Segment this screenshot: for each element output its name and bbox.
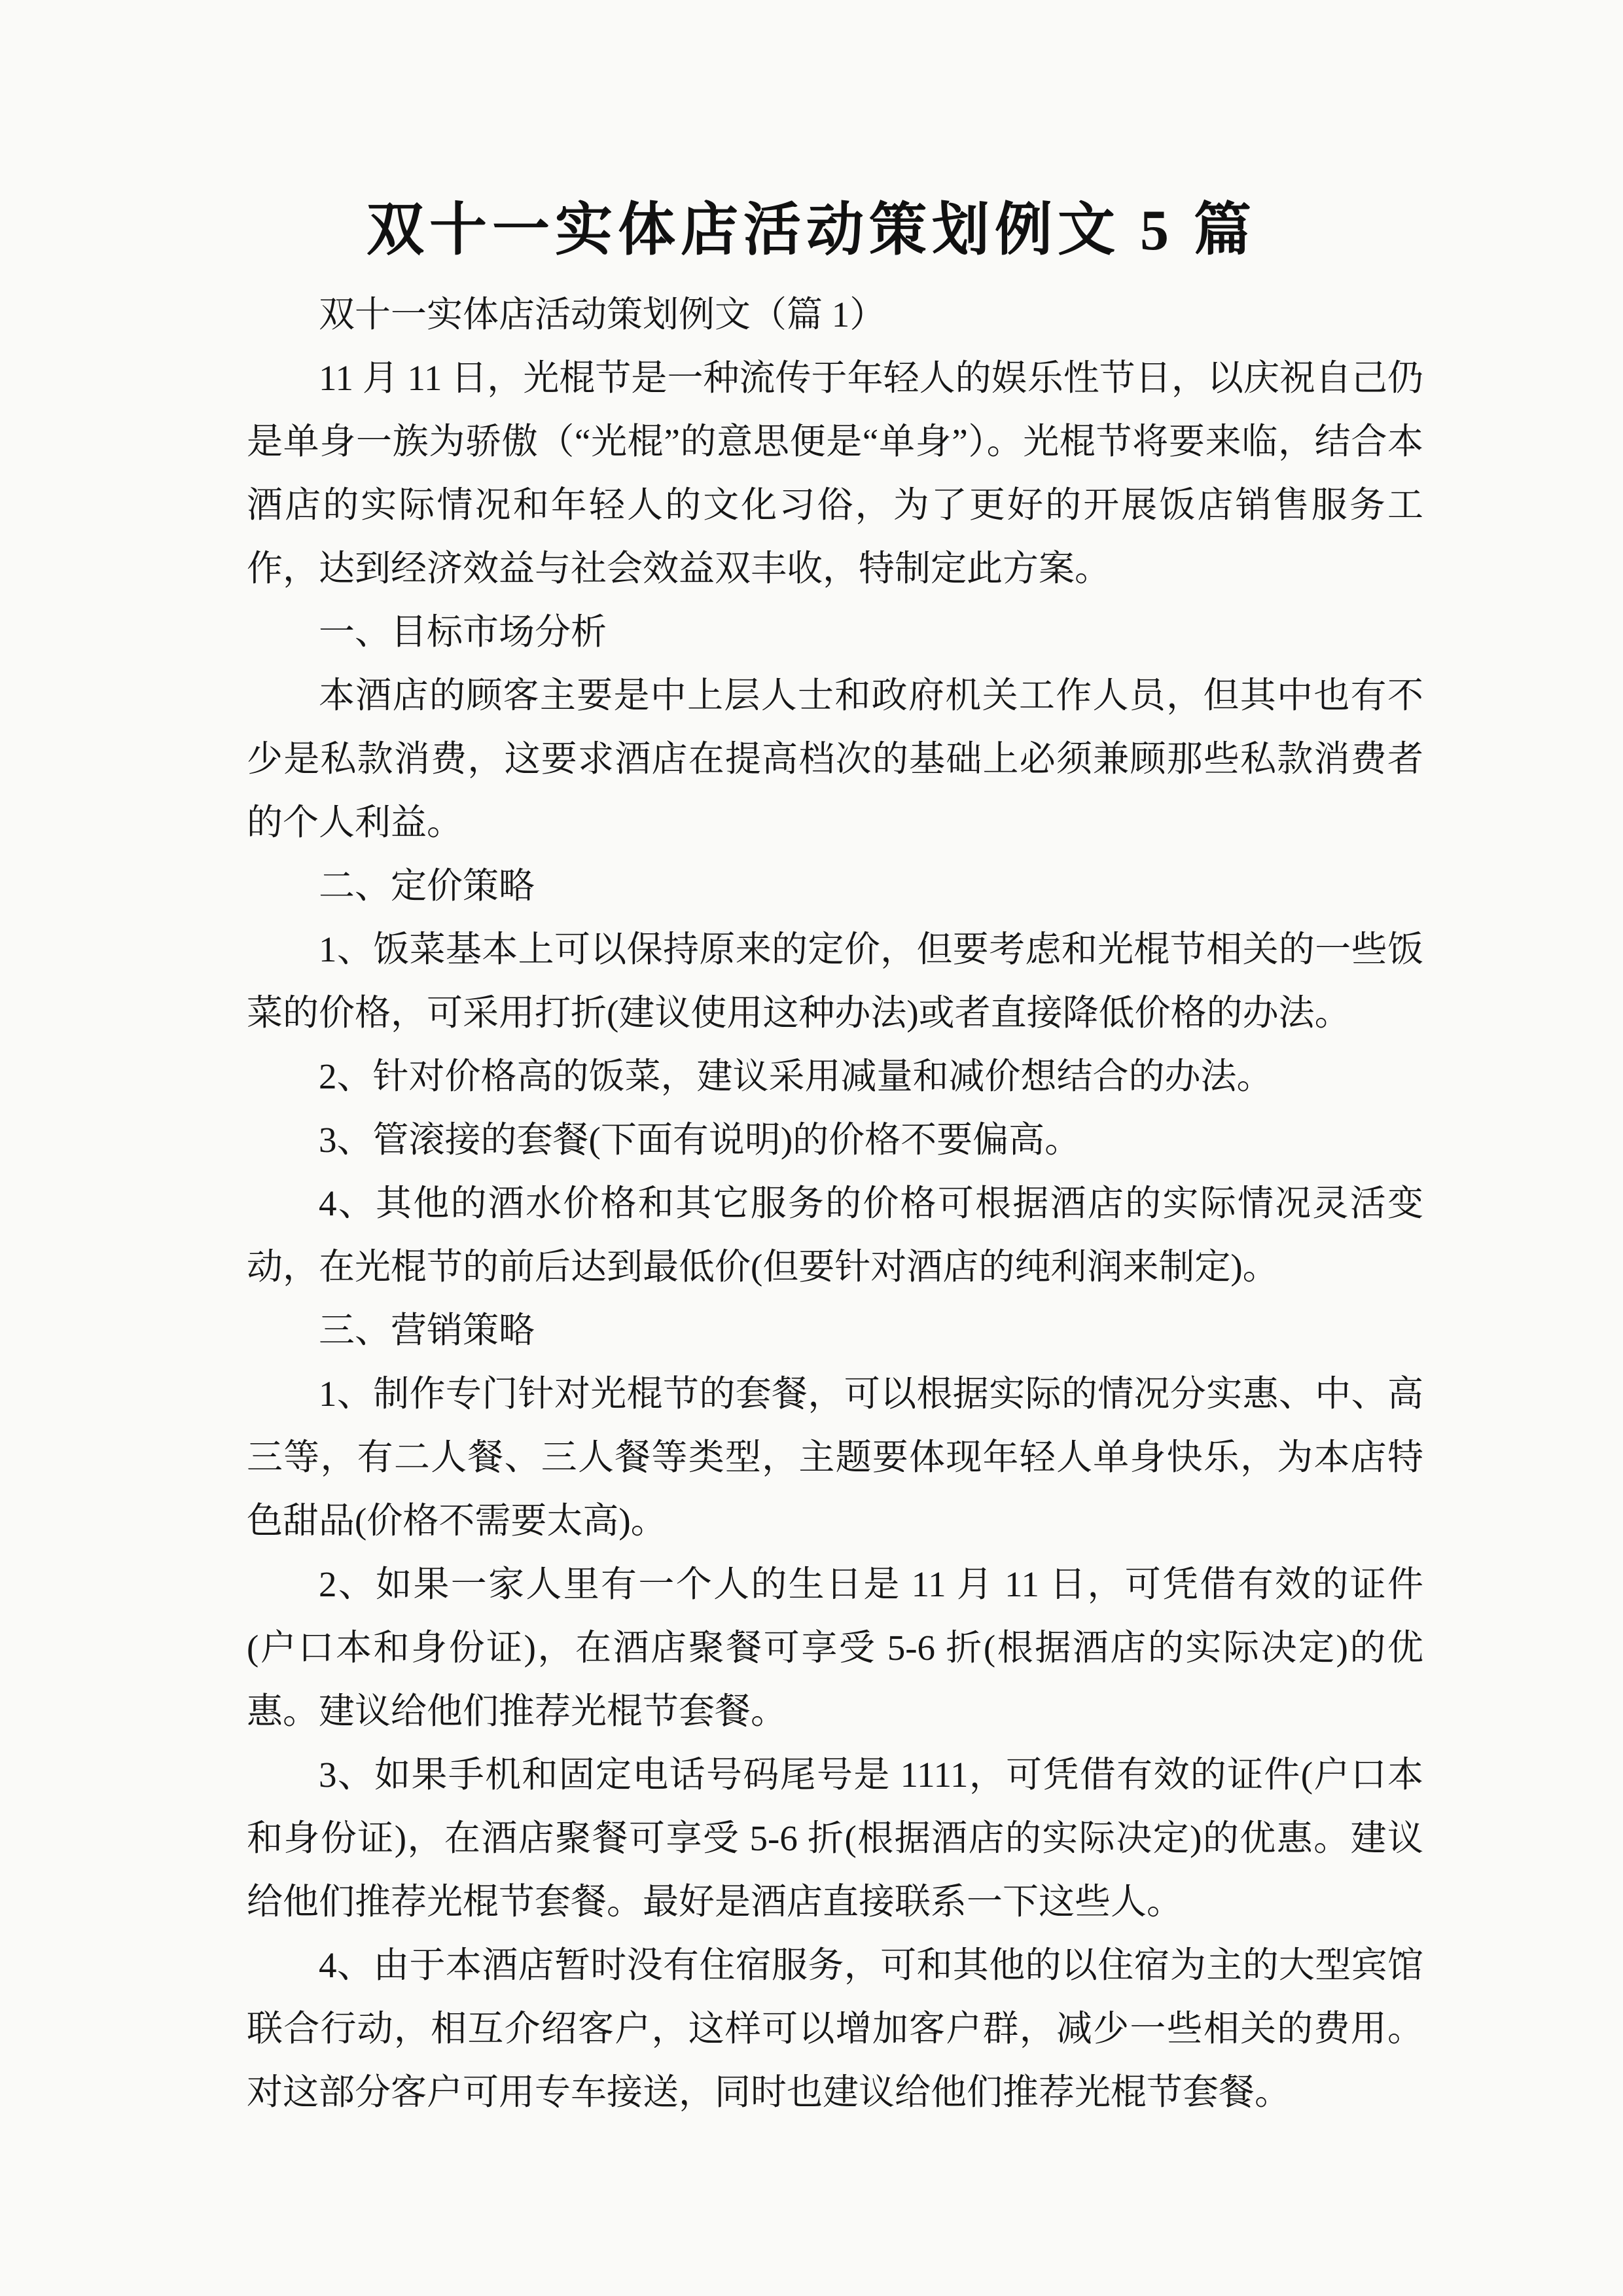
- document-page: 双十一实体店活动策划例文 5 篇 双十一实体店活动策划例文（篇 1） 11 月 …: [0, 0, 1623, 2296]
- paragraph: 3、如果手机和固定电话号码尾号是 1111，可凭借有效的证件(户口本和身份证)，…: [247, 1743, 1423, 1933]
- document-title: 双十一实体店活动策划例文 5 篇: [0, 0, 1623, 270]
- paragraph: 4、其他的酒水价格和其它服务的价格可根据酒店的实际情况灵活变动，在光棍节的前后达…: [247, 1172, 1423, 1299]
- paragraph: 11 月 11 日，光棍节是一种流传于年轻人的娱乐性节日，以庆祝自己仍是单身一族…: [247, 346, 1423, 600]
- paragraph: 二、定价策略: [247, 854, 1423, 918]
- paragraph: 双十一实体店活动策划例文（篇 1）: [247, 283, 1423, 346]
- paragraph: 4、由于本酒店暂时没有住宿服务，可和其他的以住宿为主的大型宾馆联合行动，相互介绍…: [247, 1933, 1423, 2124]
- paragraph: 一、目标市场分析: [247, 600, 1423, 664]
- paragraph: 2、如果一家人里有一个人的生日是 11 月 11 日，可凭借有效的证件(户口本和…: [247, 1552, 1423, 1743]
- paragraph: 3、管滚接的套餐(下面有说明)的价格不要偏高。: [247, 1108, 1423, 1172]
- paragraph: 1、饭菜基本上可以保持原来的定价，但要考虑和光棍节相关的一些饭菜的价格，可采用打…: [247, 918, 1423, 1045]
- document-body: 双十一实体店活动策划例文（篇 1） 11 月 11 日，光棍节是一种流传于年轻人…: [247, 283, 1423, 2124]
- paragraph: 三、营销策略: [247, 1299, 1423, 1362]
- paragraph: 本酒店的顾客主要是中上层人士和政府机关工作人员，但其中也有不少是私款消费，这要求…: [247, 664, 1423, 854]
- paragraph: 1、制作专门针对光棍节的套餐，可以根据实际的情况分实惠、中、高三等，有二人餐、三…: [247, 1362, 1423, 1552]
- paragraph: 2、针对价格高的饭菜，建议采用减量和减价想结合的办法。: [247, 1045, 1423, 1108]
